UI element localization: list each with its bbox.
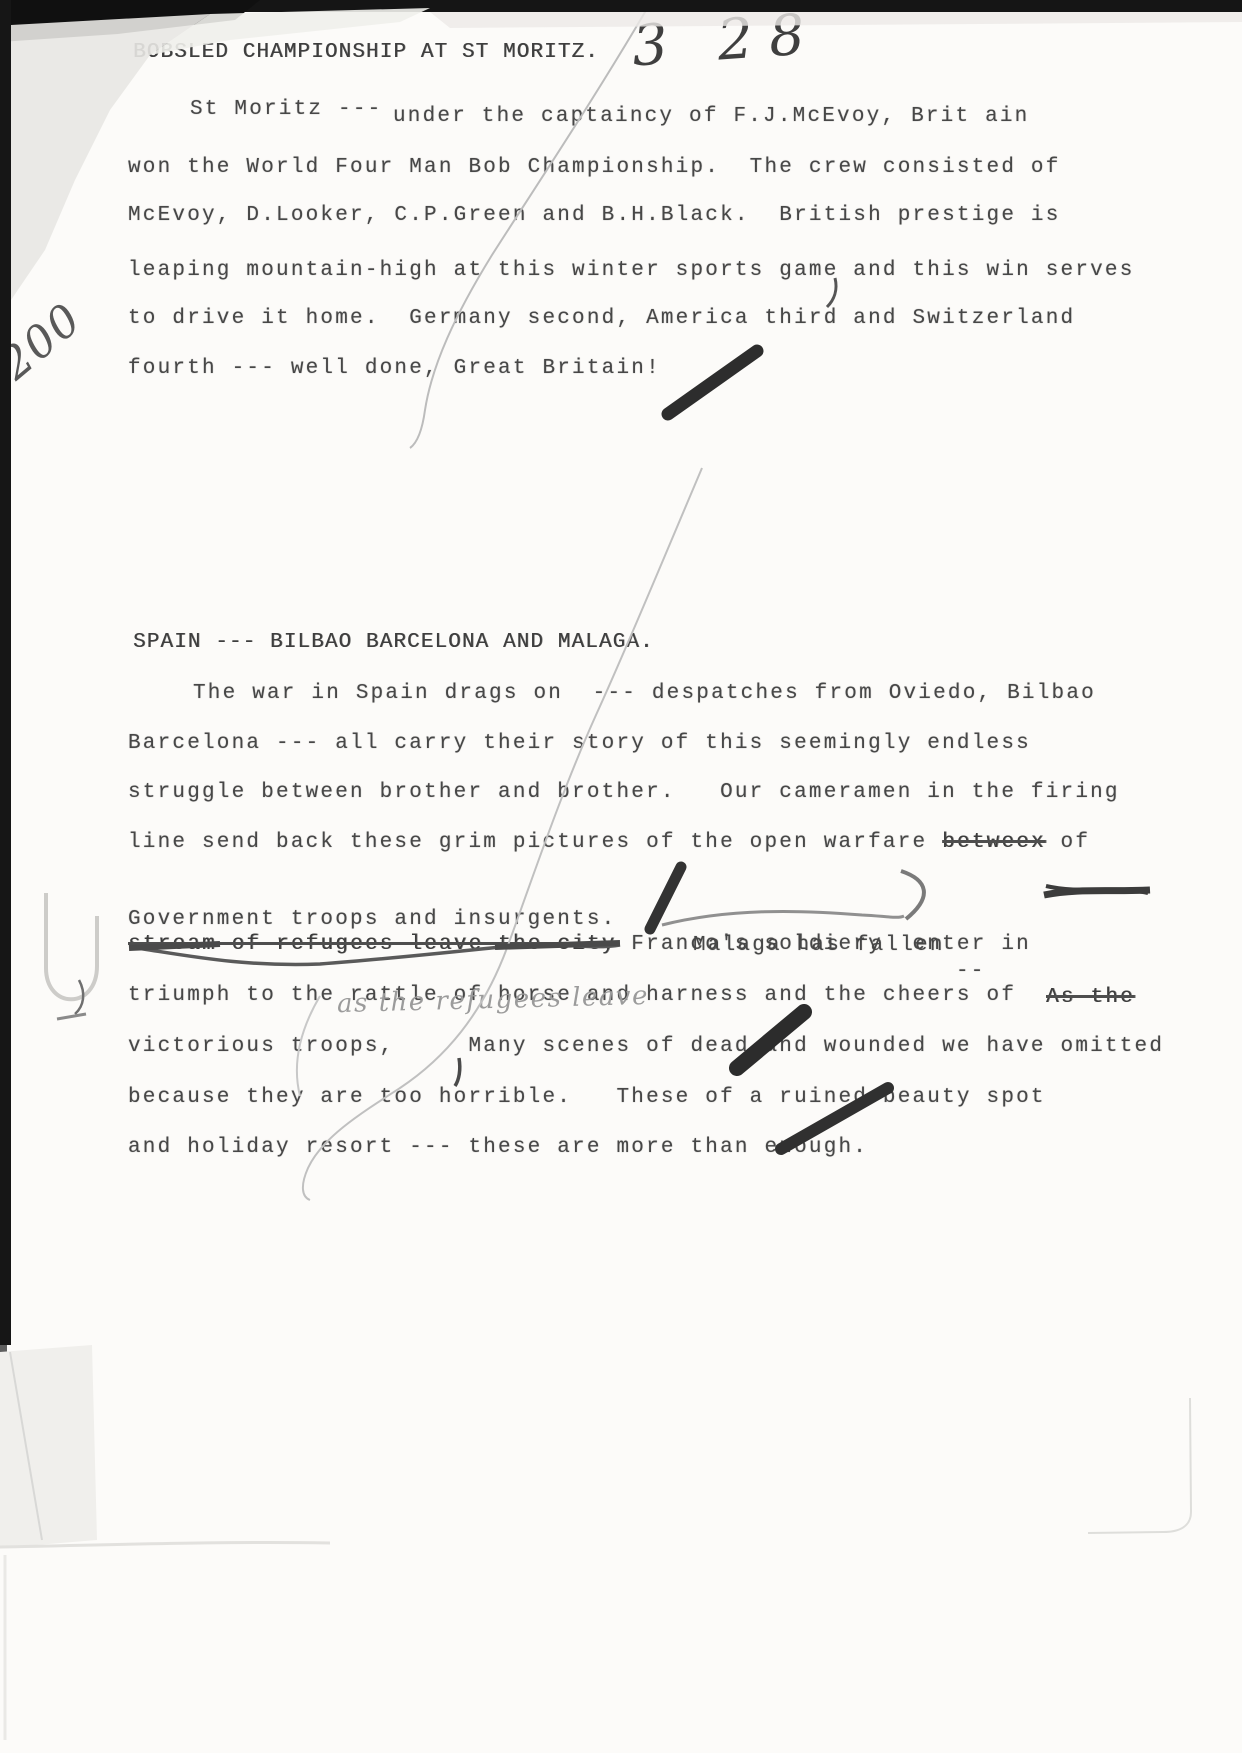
pen-comma-troops [455,1058,460,1086]
typescript-line: and holiday resort --- these are more th… [128,1135,868,1161]
paperclip-shadow-dash [57,1014,86,1019]
typescript-line: Government troops and insurgents. Malaga… [128,881,1188,907]
pen-underline-fallen [662,911,904,925]
typescript-line: leaping mountain-high at this winter spo… [128,258,1135,284]
typescript-line: fourth --- well done, Great Britain! [128,356,661,382]
typescript-line: Barcelona --- all carry their story of t… [128,731,1031,757]
typescript-line: under the captaincy of F.J.McEvoy, Brit … [393,104,1030,130]
right-page-edge [1088,1398,1191,1533]
typescript-line: McEvoy, D.Looker, C.P.Green and B.H.Blac… [128,203,1061,229]
section-heading-bobsled: BOBSLED CHAMPIONSHIP AT ST MORITZ. [133,40,599,66]
typescript-line: The war in Spain drags on --- despatches… [193,681,1096,707]
under-page-edge-bottom [0,1542,330,1547]
typescript-line: struggle between brother and brother. Ou… [128,780,1120,806]
struck-text: betweex [942,831,1046,854]
struck-text: stream of refugees leave the city [128,933,616,956]
typescript-line: St Moritz --- [190,97,382,123]
section-heading-spain: SPAIN --- BILBAO BARCELONA AND MALAGA. [133,630,654,656]
typescript-line: victorious troops, Many scenes of dead a… [128,1034,1164,1060]
typescript-line: line send back these grim pictures of th… [128,830,1090,856]
scanned-typescript-page: BOBSLED CHAMPIONSHIP AT ST MORITZ. St Mo… [0,0,1242,1753]
page-top-edge-shadow [430,12,1242,28]
scan-border-top-left [0,0,260,42]
typescript-text: Franco's soldiery enter in [616,933,1030,956]
pen-slash-britain [668,351,757,414]
typescript-text: Government troops and insurgents. [128,907,616,933]
handwritten-margin-note: 200 [0,293,92,390]
typescript-text: of [1046,831,1090,854]
paperclip-mark [75,980,83,1014]
typescript-text: -- [956,959,986,985]
struck-text: As the [1046,985,1135,1011]
scan-border-top [0,0,1242,12]
typescript-text: line send back these grim pictures of th… [128,831,942,854]
under-page-edge [10,1352,42,1540]
typescript-line: stream of refugees leave the city Franco… [128,932,1031,958]
typescript-line: to drive it home. Germany second, Americ… [128,306,1075,332]
typescript-line: because they are too horrible. These of … [128,1085,1046,1111]
scan-border-left [0,0,11,1345]
typescript-line: won the World Four Man Bob Championship.… [128,155,1061,181]
scan-border-left-fade [0,1345,7,1383]
paperclip-icon [46,893,97,999]
handwritten-page-number: 3 28 [630,1,823,79]
under-page-shadow [0,1345,97,1548]
